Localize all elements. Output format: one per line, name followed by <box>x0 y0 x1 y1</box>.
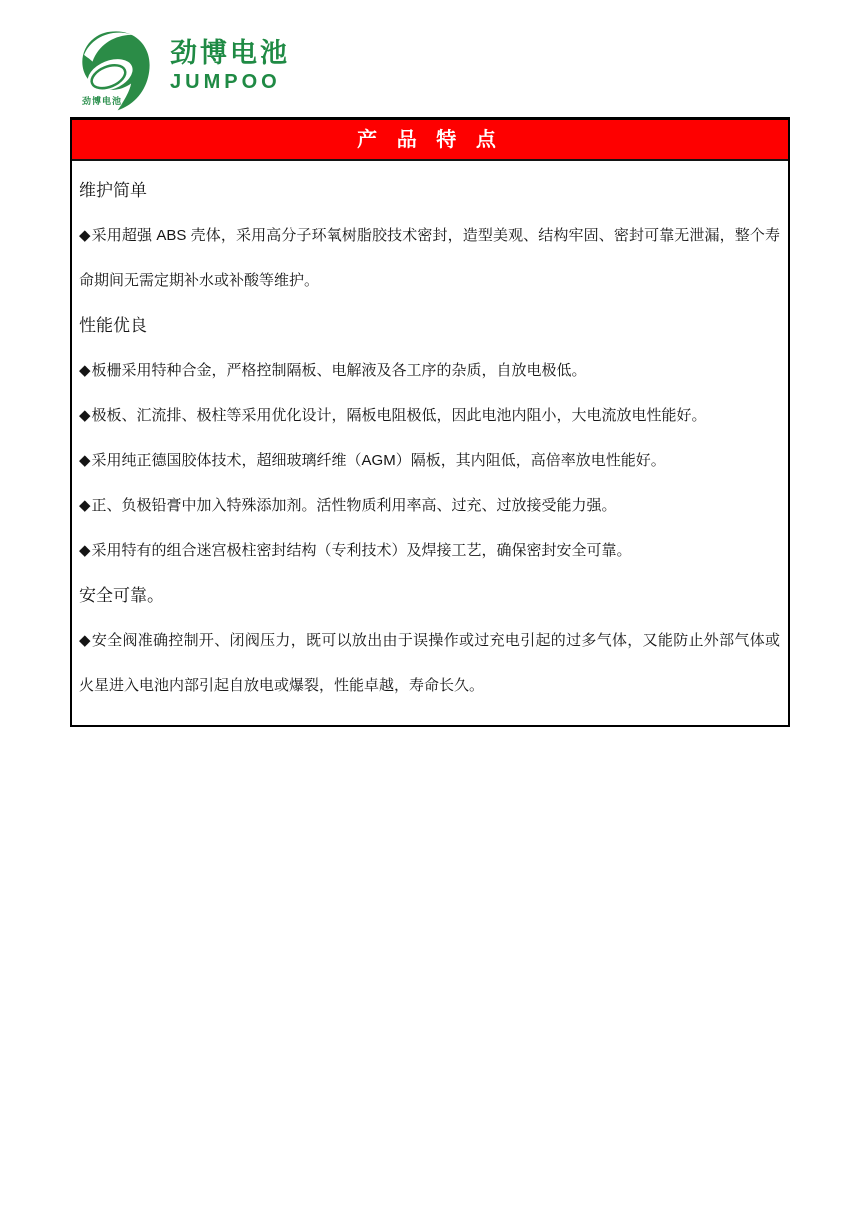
feature-text: 维护简单 <box>79 181 147 200</box>
diamond-bullet-icon: ◆ <box>79 407 91 424</box>
logo-mark-label: 劲博电池 <box>82 94 122 107</box>
feature-item: ◆采用纯正德国胶体技术，超细玻璃纤维（AGM）隔板，其内阻低，高倍率放电性能好。 <box>79 438 780 483</box>
feature-heading: 性能优良 <box>79 303 781 348</box>
diamond-bullet-icon: ◆ <box>79 632 91 649</box>
diamond-bullet-icon: ◆ <box>79 497 91 514</box>
feature-item: ◆安全阀准确控制开、闭阀压力，既可以放出由于误操作或过充电引起的过多气体，又能防… <box>79 618 780 708</box>
brand-name-chinese: 劲博电池 <box>170 38 290 68</box>
feature-text: 板栅采用特种合金，严格控制隔板、电解液及各工序的杂质，自放电极低。 <box>92 362 587 379</box>
jumpoo-logo-icon: 劲博电池 <box>74 26 158 114</box>
brand-name-english: JUMPOO <box>170 70 290 94</box>
feature-text: 安全阀准确控制开、闭阀压力，既可以放出由于误操作或过充电引起的过多气体，又能防止… <box>79 632 780 694</box>
diamond-bullet-icon: ◆ <box>79 452 91 469</box>
feature-text: 安全可靠。 <box>79 586 164 605</box>
brand-header: 劲博电池 劲博电池 JUMPOO <box>70 24 370 116</box>
feature-list: 维护简单◆采用超强 ABS 壳体，采用高分子环氧树脂胶技术密封，造型美观、结构牢… <box>72 161 788 725</box>
feature-text: 极板、汇流排、极柱等采用优化设计，隔板电阻极低，因此电池内阻小，大电流放电性能好… <box>92 407 707 424</box>
feature-text: 采用特有的组合迷宫极柱密封结构（专利技术）及焊接工艺，确保密封安全可靠。 <box>92 542 632 559</box>
diamond-bullet-icon: ◆ <box>79 542 91 559</box>
feature-heading: 维护简单 <box>79 168 781 213</box>
feature-text: 采用纯正德国胶体技术，超细玻璃纤维（AGM）隔板，其内阻低，高倍率放电性能好。 <box>92 452 666 469</box>
feature-item: ◆板栅采用特种合金，严格控制隔板、电解液及各工序的杂质，自放电极低。 <box>79 348 780 393</box>
product-features-box: 产 品 特 点 维护简单◆采用超强 ABS 壳体，采用高分子环氧树脂胶技术密封，… <box>70 117 790 727</box>
diamond-bullet-icon: ◆ <box>79 227 91 244</box>
section-title-banner: 产 品 特 点 <box>72 120 788 161</box>
logo-wordmark: 劲博电池 JUMPOO <box>170 38 290 94</box>
feature-text: 采用超强 ABS 壳体，采用高分子环氧树脂胶技术密封，造型美观、结构牢固、密封可… <box>79 227 780 289</box>
feature-text: 性能优良 <box>79 316 147 335</box>
feature-heading: 安全可靠。 <box>79 573 781 618</box>
feature-item: ◆采用超强 ABS 壳体，采用高分子环氧树脂胶技术密封，造型美观、结构牢固、密封… <box>79 213 780 303</box>
diamond-bullet-icon: ◆ <box>79 362 91 379</box>
feature-item: ◆正、负极铅膏中加入特殊添加剂。活性物质利用率高、过充、过放接受能力强。 <box>79 483 780 528</box>
feature-item: ◆采用特有的组合迷宫极柱密封结构（专利技术）及焊接工艺，确保密封安全可靠。 <box>79 528 780 573</box>
feature-text: 正、负极铅膏中加入特殊添加剂。活性物质利用率高、过充、过放接受能力强。 <box>92 497 617 514</box>
feature-item: ◆极板、汇流排、极柱等采用优化设计，隔板电阻极低，因此电池内阻小，大电流放电性能… <box>79 393 780 438</box>
